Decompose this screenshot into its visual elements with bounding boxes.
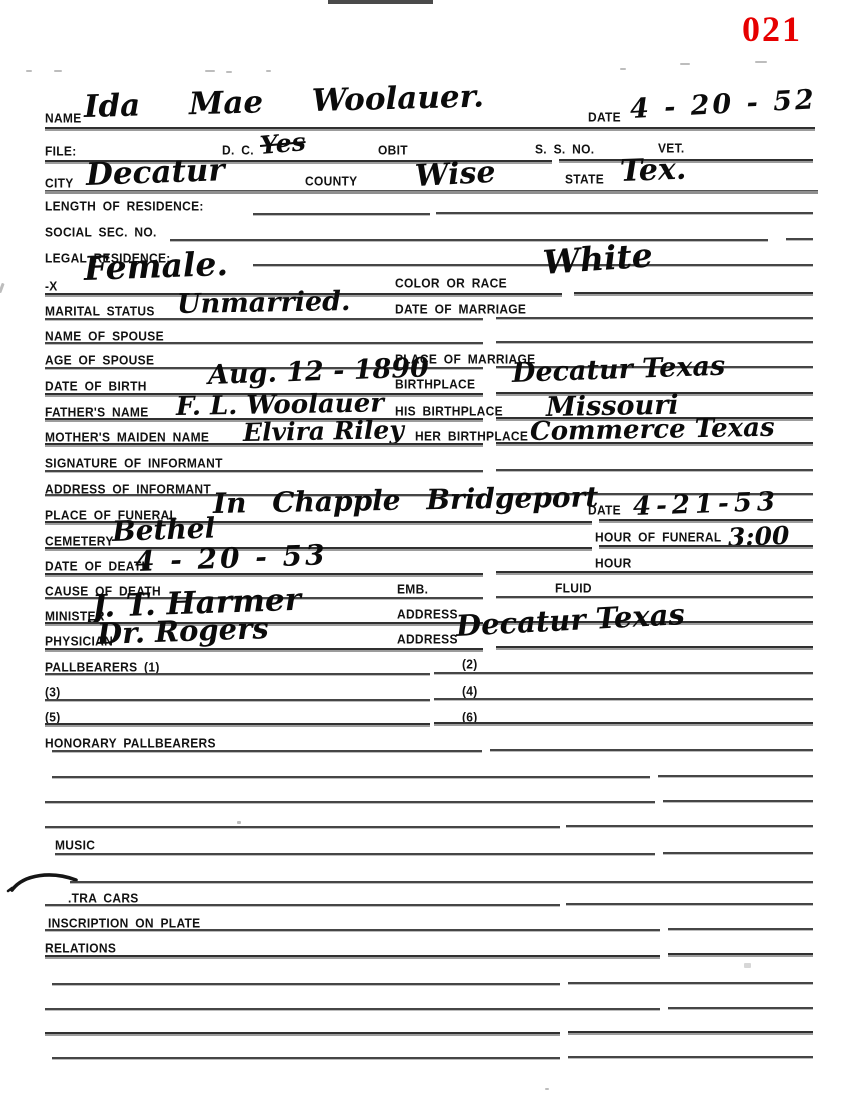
emb-label: EMB. bbox=[397, 582, 428, 597]
minister-address-label: ADDRESS bbox=[397, 607, 458, 622]
pallbearers-2-label: (2) bbox=[462, 657, 478, 672]
signature-of-informant-label: SIGNATURE OF INFORMANT bbox=[45, 456, 223, 471]
his-birthplace-label: HIS BIRTHPLACE bbox=[395, 404, 503, 419]
rule-line bbox=[496, 571, 813, 573]
date-value-handwriting: 4 - 20 - 52 bbox=[629, 86, 817, 123]
physician-address-value-handwriting: Decatur Texas bbox=[455, 600, 685, 641]
dc-label: D. C. bbox=[222, 143, 254, 158]
county-label: COUNTY bbox=[305, 174, 357, 189]
page-number-stamp: 021 bbox=[742, 8, 802, 50]
cemetery-value-handwriting: Bethel bbox=[112, 514, 216, 546]
rule-line bbox=[55, 853, 655, 855]
scan-speck bbox=[205, 70, 215, 72]
scan-speck bbox=[54, 70, 62, 72]
scan-speck bbox=[620, 68, 626, 70]
rule-line bbox=[52, 1057, 560, 1059]
rule-line bbox=[668, 953, 813, 955]
file-label: FILE: bbox=[45, 144, 77, 159]
rule-line bbox=[668, 928, 813, 930]
rule-line bbox=[434, 698, 813, 700]
scan-speck bbox=[0, 283, 5, 293]
dc-value-handwriting: Yes bbox=[259, 129, 307, 158]
marital-status-value-handwriting: Unmarried. bbox=[177, 288, 351, 318]
scan-artifact-bar bbox=[328, 0, 433, 4]
name-label: NAME bbox=[45, 111, 82, 126]
music-label: MUSIC bbox=[55, 838, 95, 853]
age-of-spouse-label: AGE OF SPOUSE bbox=[45, 353, 154, 368]
rule-line bbox=[436, 212, 813, 214]
name-value-handwriting: Ida Mae Woolauer. bbox=[84, 82, 485, 123]
city-label: CITY bbox=[45, 176, 74, 191]
social-sec-no-label: SOCIAL SEC. NO. bbox=[45, 225, 157, 240]
rule-line bbox=[45, 1008, 660, 1010]
marital-status-label: MARITAL STATUS bbox=[45, 304, 155, 319]
sex-label: -X bbox=[45, 279, 58, 294]
rule-line bbox=[668, 1007, 813, 1009]
obit-label: OBIT bbox=[378, 143, 408, 158]
date-label: DATE bbox=[588, 110, 621, 125]
hour-of-funeral-label: HOUR OF FUNERAL bbox=[595, 530, 722, 545]
length-of-residence-label: LENGTH OF RESIDENCE: bbox=[45, 199, 204, 214]
rule-line bbox=[45, 955, 660, 957]
rule-line bbox=[170, 239, 768, 241]
rule-line bbox=[663, 852, 813, 854]
her-birthplace-value-handwriting: Commerce Texas bbox=[530, 415, 775, 445]
scan-speck bbox=[744, 963, 751, 968]
scan-speck bbox=[226, 71, 232, 73]
birthplace-value-handwriting: Decatur Texas bbox=[512, 353, 726, 387]
rule-line bbox=[496, 442, 813, 444]
rule-line bbox=[496, 469, 813, 471]
date-of-death-value-handwriting: 4 - 20 - 53 bbox=[135, 541, 329, 576]
state-label: STATE bbox=[565, 172, 604, 187]
rule-line bbox=[253, 264, 813, 266]
rule-line bbox=[496, 317, 813, 319]
rule-line bbox=[45, 1032, 560, 1034]
color-or-race-label: COLOR OR RACE bbox=[395, 276, 507, 291]
rule-line bbox=[45, 723, 430, 725]
rule-line bbox=[566, 903, 813, 905]
pallbearers-3-label: (3) bbox=[45, 685, 61, 700]
rule-line bbox=[45, 673, 430, 675]
rule-line bbox=[786, 238, 813, 240]
date-of-birth-label: DATE OF BIRTH bbox=[45, 379, 147, 394]
rule-line bbox=[45, 904, 560, 906]
rule-line bbox=[52, 750, 482, 752]
rule-line bbox=[658, 775, 813, 777]
ss-no-label: S. S. NO. bbox=[535, 142, 594, 157]
relations-label: RELATIONS bbox=[45, 941, 116, 956]
rule-line bbox=[45, 573, 483, 575]
scan-speck bbox=[545, 1088, 549, 1090]
honorary-pallbearers-label: HONORARY PALLBEARERS bbox=[45, 736, 216, 751]
rule-line bbox=[496, 646, 813, 648]
scanned-funeral-record-page: 021 NAME Ida Mae Woolauer. DATE 4 - 20 -… bbox=[0, 0, 850, 1100]
rule-line bbox=[45, 342, 483, 344]
rule-line bbox=[434, 672, 813, 674]
rule-line bbox=[45, 826, 560, 828]
race-value-handwriting: White bbox=[542, 238, 654, 279]
rule-line bbox=[52, 983, 560, 985]
rule-line bbox=[45, 648, 483, 650]
scan-speck bbox=[755, 61, 767, 63]
physician-value-handwriting: Dr. Rogers bbox=[96, 614, 269, 649]
rule-line bbox=[490, 749, 813, 751]
date-of-marriage-label: DATE OF MARRIAGE bbox=[395, 302, 526, 317]
place-of-funeral-value-handwriting: In Chapple Bridgeport bbox=[213, 483, 599, 518]
sex-value-handwriting: Female. bbox=[83, 247, 228, 285]
rule-line bbox=[45, 470, 483, 472]
rule-line bbox=[599, 545, 813, 547]
rule-line bbox=[45, 190, 818, 194]
rule-line bbox=[568, 1056, 813, 1058]
pallbearers-4-label: (4) bbox=[462, 684, 478, 699]
rule-line bbox=[52, 776, 650, 778]
rule-line bbox=[253, 213, 430, 215]
rule-line bbox=[434, 722, 813, 724]
rule-line bbox=[45, 443, 483, 445]
physician-address-label: ADDRESS bbox=[397, 632, 458, 647]
funeral-date-value-handwriting: 4-21-53 bbox=[633, 489, 781, 520]
hour-label: HOUR bbox=[595, 556, 632, 571]
rule-line bbox=[45, 127, 815, 129]
rule-line bbox=[574, 292, 813, 294]
fluid-label: FLUID bbox=[555, 581, 592, 596]
scan-speck bbox=[26, 70, 32, 72]
birthplace-label: BIRTHPLACE bbox=[395, 377, 475, 392]
rule-line bbox=[45, 801, 655, 803]
rule-line bbox=[496, 341, 813, 343]
rule-line bbox=[45, 929, 660, 931]
city-value-handwriting: Decatur bbox=[85, 155, 225, 191]
rule-line bbox=[70, 881, 813, 883]
rule-line bbox=[45, 699, 430, 701]
scan-speck bbox=[266, 70, 271, 72]
rule-line bbox=[568, 982, 813, 984]
state-value-handwriting: Tex. bbox=[619, 155, 686, 187]
rule-line bbox=[663, 800, 813, 802]
funeral-date-label: DATE bbox=[588, 503, 621, 518]
rule-line bbox=[568, 1031, 813, 1033]
mothers-maiden-name-value-handwriting: Elvira Riley bbox=[243, 417, 404, 445]
scan-speck bbox=[237, 821, 241, 824]
rule-line bbox=[566, 825, 813, 827]
rule-line bbox=[559, 159, 813, 161]
rule-line bbox=[45, 318, 483, 320]
county-value-handwriting: Wise bbox=[414, 158, 496, 192]
scan-speck bbox=[680, 63, 690, 65]
